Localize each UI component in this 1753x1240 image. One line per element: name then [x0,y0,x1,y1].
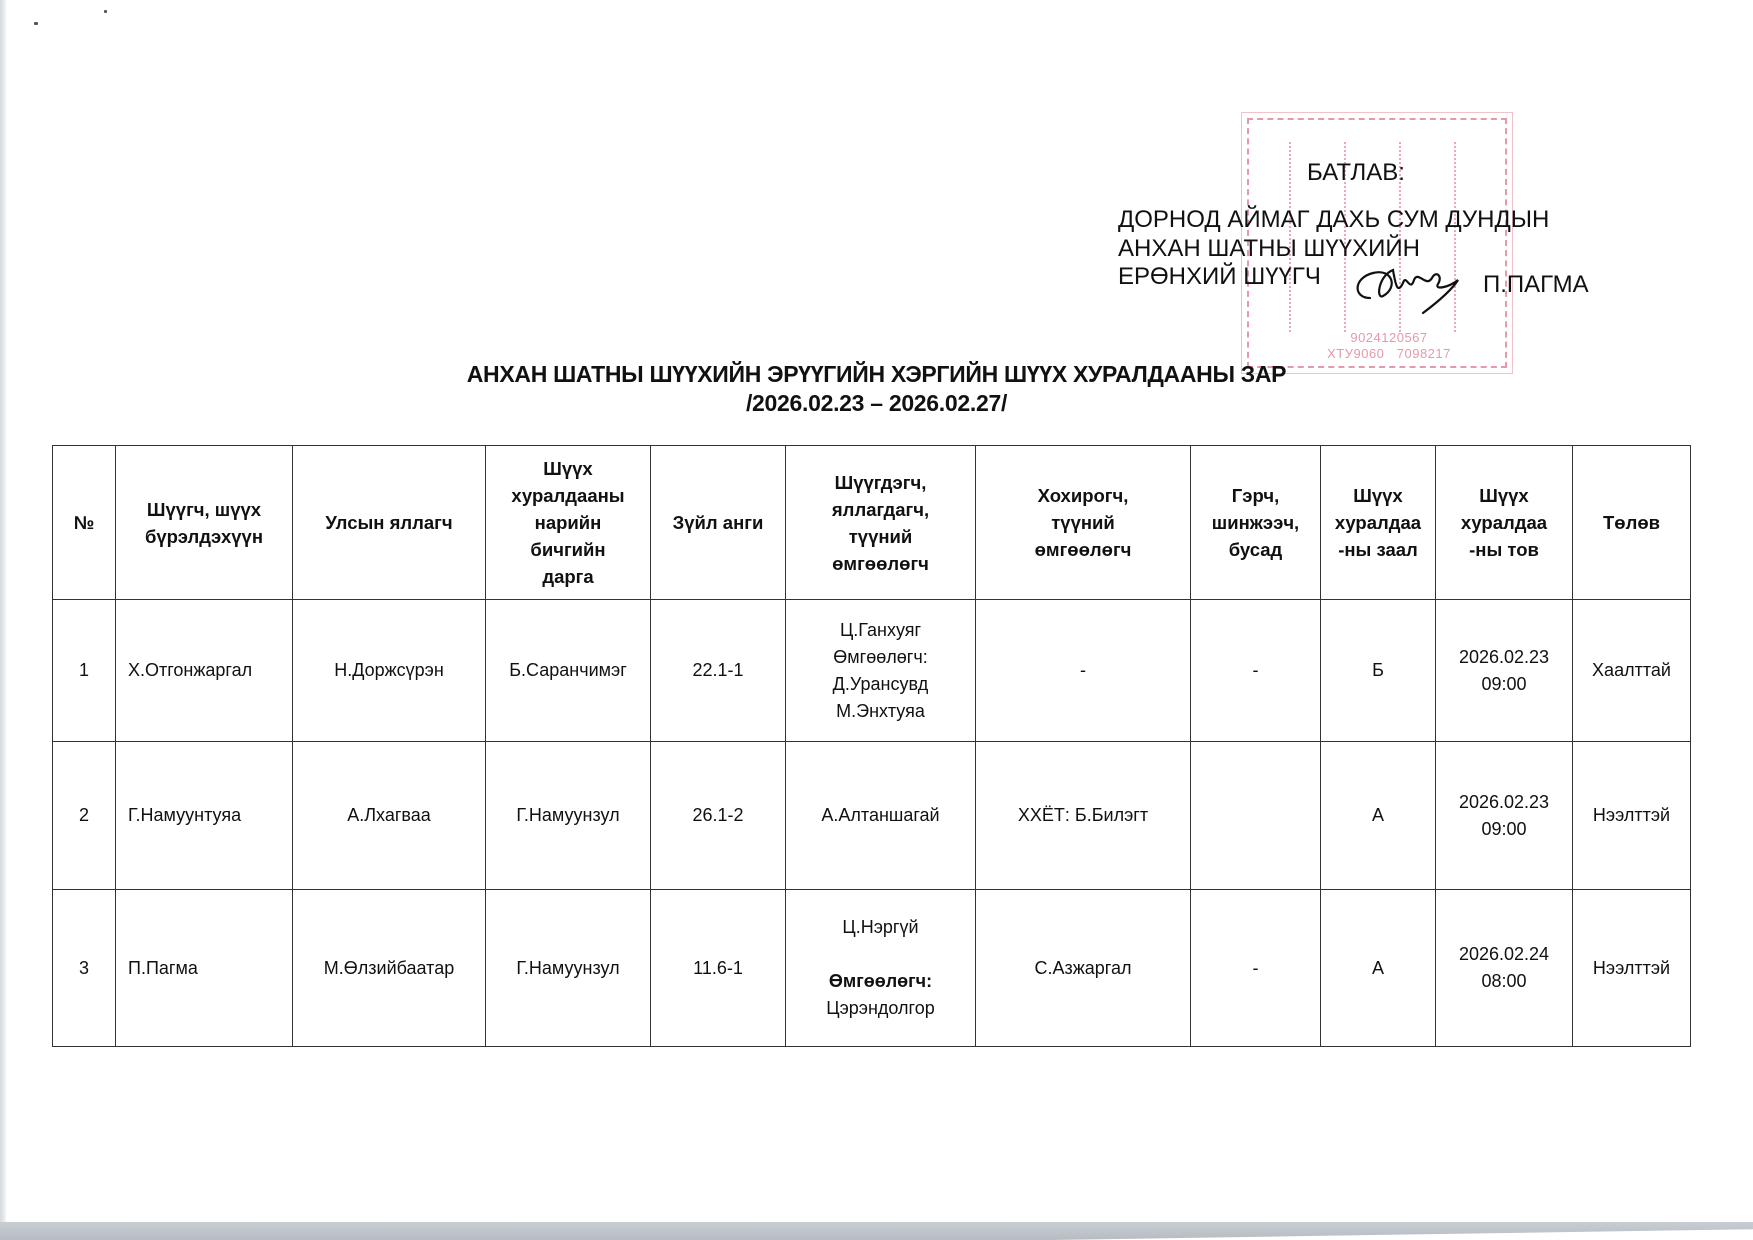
table-header-row: №Шүүгч, шүүхбүрэлдэхүүнУлсын яллагчШүүхх… [53,446,1691,600]
header-text: бусад [1195,536,1316,563]
cell-clerk: Г.Намуунзул [486,742,651,890]
cell-clerk: Б.Саранчимэг [486,600,651,742]
header-text: хуралдаа [1325,509,1431,536]
scan-speck [104,10,107,13]
stamp-number-2: ХТУ9060 7098217 [1309,346,1469,361]
cell-number: 1 [53,600,116,742]
defendant-line: Ц.Ганхуяг [790,617,971,644]
header-text: шинжээч, [1195,509,1316,536]
approval-signer: П.ПАГМА [1483,270,1589,299]
header-col-clerk: Шүүххуралдаанынарийнбичгийндарга [486,446,651,600]
scan-edge [0,1222,1753,1240]
page-subtitle-period: /2026.02.23 – 2026.02.27/ [0,390,1753,417]
header-text: өмгөөлөгч [790,550,971,577]
header-text: № [57,509,111,536]
scan-edge [0,0,6,1222]
header-col-number: № [53,446,116,600]
header-text: Гэрч, [1195,482,1316,509]
table-row: 2Г.НамуунтуяаА.ЛхагвааГ.Намуунзул26.1-2А… [53,742,1691,890]
cell-number: 3 [53,890,116,1047]
cell-room: А [1321,742,1436,890]
cell-status: Нээлттэй [1573,890,1691,1047]
header-text: Улсын яллагч [297,509,481,536]
cell-witness [1191,742,1321,890]
header-col-datetime: Шүүххуралдаа-ны тов [1436,446,1573,600]
cell-judge: Г.Намуунтуяа [116,742,293,890]
header-text: түүний [790,523,971,550]
header-col-article: Зүйл анги [651,446,786,600]
defendant-line: Ц.Нэргүй [790,914,971,941]
cell-room: А [1321,890,1436,1047]
header-text: -ны тов [1440,536,1568,563]
cell-article: 26.1-2 [651,742,786,890]
cell-datetime: 2026.02.2408:00 [1436,890,1573,1047]
header-col-status: Төлөв [1573,446,1691,600]
page-title: АНХАН ШАТНЫ ШҮҮХИЙН ЭРҮҮГИЙН ХЭРГИЙН ШҮҮ… [0,361,1753,388]
header-text: хуралдаа [1440,509,1568,536]
header-text: хуралдааны [490,482,646,509]
stamp-number-1: 9024120567 [1309,330,1469,345]
cell-victim: ХХЁТ: Б.Билэгт [976,742,1191,890]
cell-prosecutor: Н.Доржсүрэн [293,600,486,742]
header-col-judge: Шүүгч, шүүхбүрэлдэхүүн [116,446,293,600]
header-text: Шүүх [490,455,646,482]
hearing-time: 09:00 [1440,816,1568,843]
hearing-date: 2026.02.23 [1440,789,1568,816]
defendant-line: Цэрэндолгор [790,995,971,1022]
cell-datetime: 2026.02.2309:00 [1436,600,1573,742]
header-text: түүний [980,509,1186,536]
header-col-defendant: Шүүгдэгч,яллагдагч,түүнийөмгөөлөгч [786,446,976,600]
header-text: өмгөөлөгч [980,536,1186,563]
header-text: Хохирогч, [980,482,1186,509]
cell-witness: - [1191,890,1321,1047]
header-text: -ны заал [1325,536,1431,563]
header-text: бичгийн [490,536,646,563]
header-text: Төлөв [1577,509,1686,536]
header-text: бүрэлдэхүүн [120,523,288,550]
cell-victim: - [976,600,1191,742]
cell-victim: С.Азжаргал [976,890,1191,1047]
hearing-time: 08:00 [1440,968,1568,995]
defendant-line: Өмгөөлөгч: [790,644,971,671]
header-text: яллагдагч, [790,496,971,523]
hearing-schedule-table: №Шүүгч, шүүхбүрэлдэхүүнУлсын яллагчШүүхх… [52,445,1691,1047]
header-text: Шүүгч, шүүх [120,496,288,523]
approval-heading: БАТЛАВ: [1307,158,1405,187]
cell-datetime: 2026.02.2309:00 [1436,742,1573,890]
cell-number: 2 [53,742,116,890]
hearing-time: 09:00 [1440,671,1568,698]
cell-defendant: Ц.НэргүйӨмгөөлөгч:Цэрэндолгор [786,890,976,1047]
defendant-line: А.Алтаншагай [790,802,971,829]
cell-article: 11.6-1 [651,890,786,1047]
cell-witness: - [1191,600,1321,742]
cell-defendant: Ц.ГанхуягӨмгөөлөгч:Д.УрансувдМ.Энхтуяа [786,600,976,742]
header-text: Шүүгдэгч, [790,469,971,496]
cell-article: 22.1-1 [651,600,786,742]
cell-clerk: Г.Намуунзул [486,890,651,1047]
header-col-prosecutor: Улсын яллагч [293,446,486,600]
table-row: 1Х.ОтгонжаргалН.ДоржсүрэнБ.Саранчимэг22.… [53,600,1691,742]
table-row: 3П.ПагмаМ.ӨлзийбаатарГ.Намуунзул11.6-1Ц.… [53,890,1691,1047]
defendant-line: Д.Урансувд [790,671,971,698]
cell-status: Хаалттай [1573,600,1691,742]
header-text: нарийн [490,509,646,536]
cell-defendant: А.Алтаншагай [786,742,976,890]
header-text: Шүүх [1440,482,1568,509]
cell-judge: П.Пагма [116,890,293,1047]
header-text: Шүүх [1325,482,1431,509]
scan-speck [34,22,38,25]
hearing-date: 2026.02.23 [1440,644,1568,671]
defendant-line [790,941,971,968]
defendant-line: Өмгөөлөгч: [790,968,971,995]
hearing-date: 2026.02.24 [1440,941,1568,968]
header-col-room: Шүүххуралдаа-ны заал [1321,446,1436,600]
header-text: дарга [490,563,646,590]
header-col-witness: Гэрч,шинжээч,бусад [1191,446,1321,600]
cell-prosecutor: М.Өлзийбаатар [293,890,486,1047]
header-col-victim: Хохирогч,түүнийөмгөөлөгч [976,446,1191,600]
header-text: Зүйл анги [655,509,781,536]
signature-icon [1348,258,1478,318]
cell-status: Нээлттэй [1573,742,1691,890]
approval-line-1: ДОРНОД АЙМАГ ДАХЬ СУМ ДУНДЫН [1118,205,1549,234]
cell-judge: Х.Отгонжаргал [116,600,293,742]
defendant-line: М.Энхтуяа [790,698,971,725]
cell-room: Б [1321,600,1436,742]
approval-line-3: ЕРӨНХИЙ ШҮҮГЧ [1118,262,1321,291]
cell-prosecutor: А.Лхагваа [293,742,486,890]
